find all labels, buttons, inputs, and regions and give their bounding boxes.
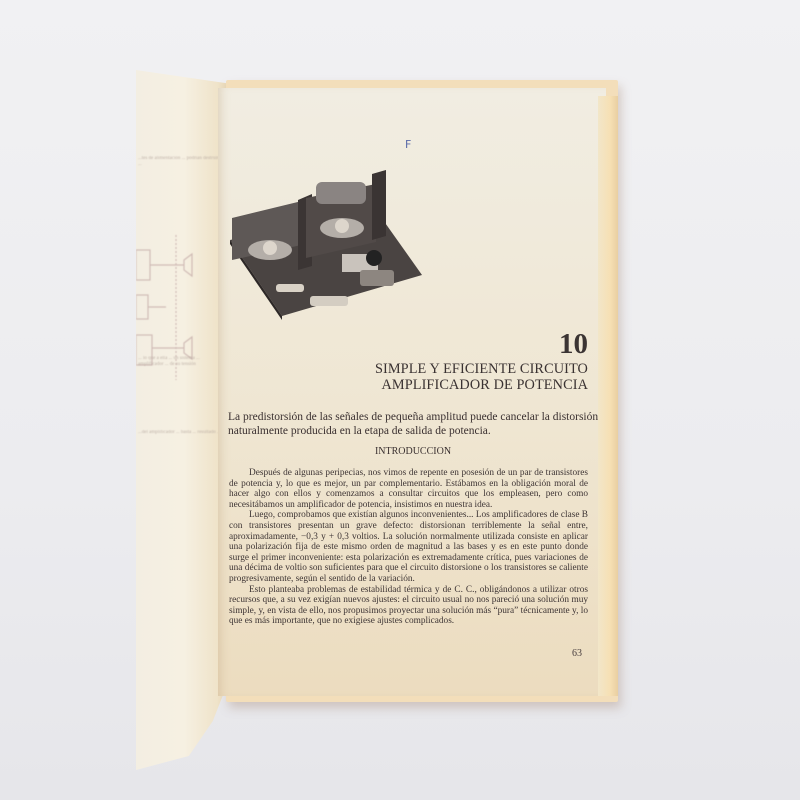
paragraph: Luego, comprobamos que existían algunos …	[229, 510, 588, 584]
page-fore-edge	[598, 96, 618, 696]
section-heading: INTRODUCCION	[228, 446, 598, 457]
paragraph: Esto planteaba problemas de estabilidad …	[229, 585, 588, 627]
ghost-text-bottom: ...del amplificador ... basta ... result…	[138, 430, 226, 436]
paragraph: Después de algunas peripecias, nos vimos…	[229, 468, 588, 510]
chapter-title-line-1: SIMPLE Y EFICIENTE CIRCUITO	[375, 361, 588, 377]
chapter-number: 10	[559, 328, 588, 361]
handwritten-mark: F	[405, 138, 411, 151]
ghost-text-mid: ... lo que a ella ... un sistema ... amp…	[138, 356, 226, 368]
amplifier-circuit-photo	[226, 170, 446, 320]
chapter-title: SIMPLE Y EFICIENTE CIRCUITO AMPLIFICADOR…	[375, 361, 588, 393]
ghost-text-top: ...tes de alimentación ... podrían destr…	[138, 156, 226, 168]
chapter-lead: La predistorsión de las señales de peque…	[228, 410, 608, 438]
chapter-title-line-2: AMPLIFICADOR DE POTENCIA	[375, 377, 588, 393]
page-number: 63	[572, 648, 582, 659]
body-text: Después de algunas peripecias, nos vimos…	[229, 468, 588, 627]
